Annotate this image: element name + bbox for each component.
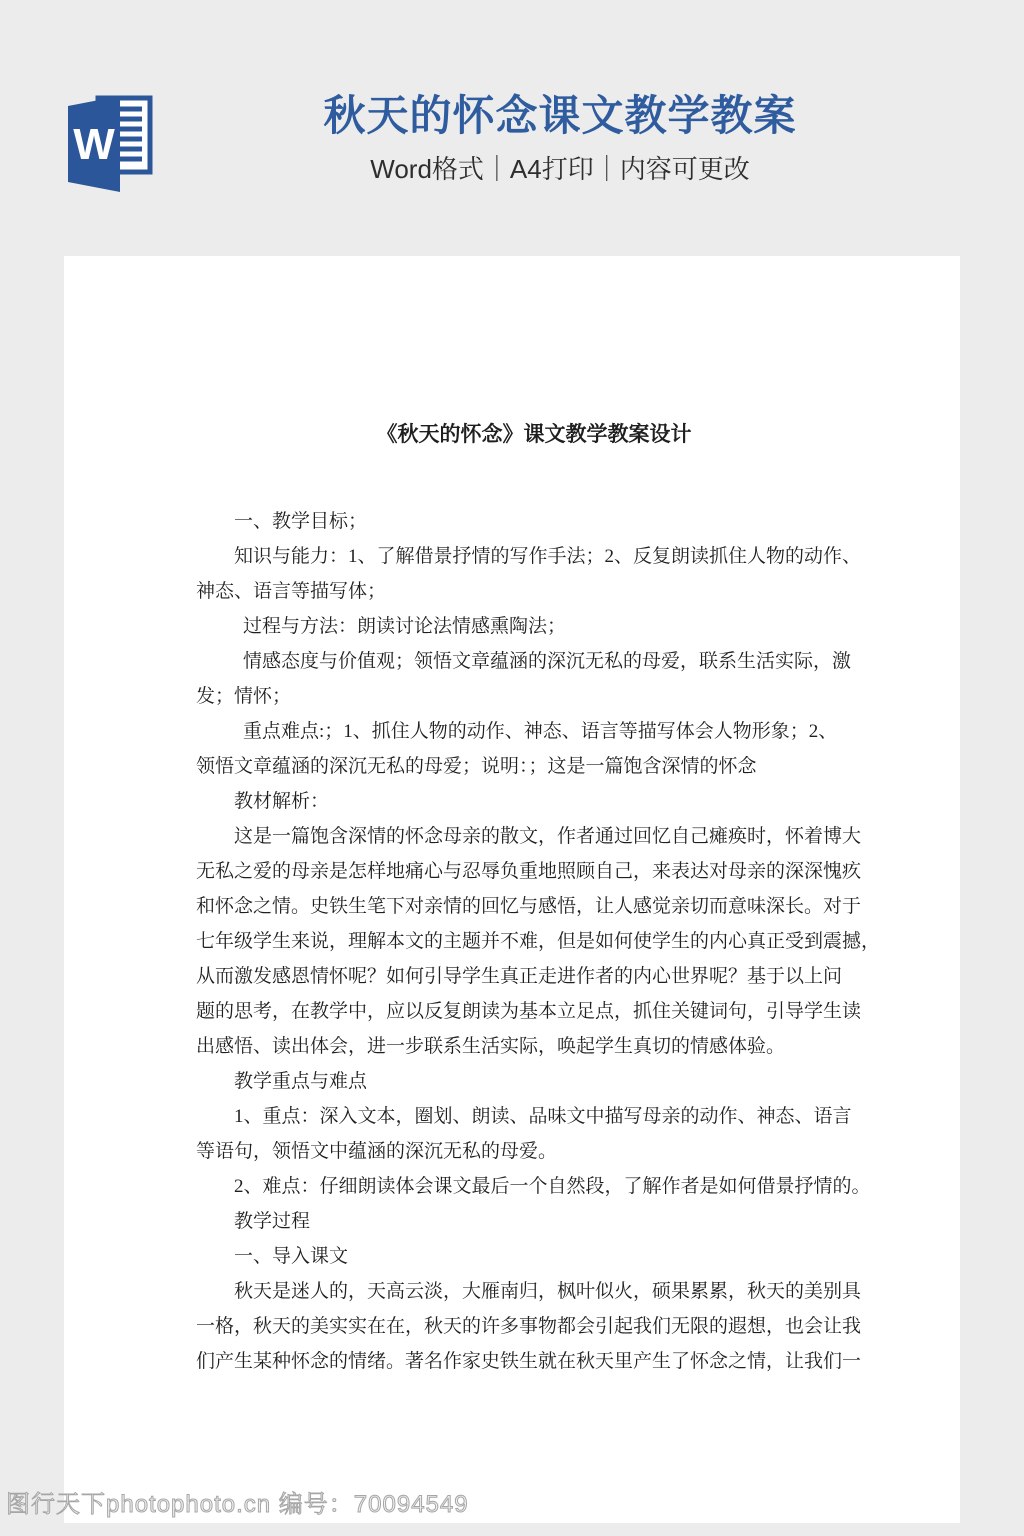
doc-line: 领悟文章蕴涵的深沉无私的母爱；说明：；这是一篇饱含深情的怀念 — [196, 749, 872, 784]
doc-line: 2、难点：仔细朗读体会课文最后一个自然段，了解作者是如何借景抒情的。 — [196, 1169, 872, 1204]
doc-line: 题的思考，在教学中，应以反复朗读为基本立足点，抓住关键词句，引导学生读 — [196, 994, 872, 1029]
doc-line: 这是一篇饱含深情的怀念母亲的散文，作者通过回忆自己瘫痪时，怀着博大 — [196, 819, 872, 854]
doc-line: 七年级学生来说，理解本文的主题并不难，但是如何使学生的内心真正受到震撼， — [196, 924, 872, 959]
doc-line: 神态、语言等描写体； — [196, 574, 872, 609]
doc-line: 重点难点:；1、抓住人物的动作、神态、语言等描写体会人物形象；2、 — [196, 714, 872, 749]
doc-line: 无私之爱的母亲是怎样地痛心与忍辱负重地照顾自己，来表达对母亲的深深愧疚 — [196, 854, 872, 889]
doc-line: 们产生某种怀念的情绪。著名作家史铁生就在秋天里产生了怀念之情，让我们一 — [196, 1344, 872, 1379]
site-watermark: 图行天下photophoto.cn 编号：70094549 — [6, 1488, 469, 1522]
doc-line: 教材解析： — [196, 784, 872, 819]
page-title: 秋天的怀念课文教学教案 — [96, 92, 1024, 140]
doc-line: 等语句，领悟文中蕴涵的深沉无私的母爱。 — [196, 1134, 872, 1169]
document-page: 《秋天的怀念》课文教学教案设计 一、教学目标；知识与能力：1、了解借景抒情的写作… — [64, 256, 960, 1523]
doc-line: 1、重点：深入文本，圈划、朗读、品味文中描写母亲的动作、神态、语言 — [196, 1099, 872, 1134]
header: 秋天的怀念课文教学教案 Word格式｜A4打印｜内容可更改 — [96, 92, 1024, 184]
doc-line: 一格，秋天的美实实在在，秋天的许多事物都会引起我们无限的遐想，也会让我 — [196, 1309, 872, 1344]
doc-line: 一、教学目标； — [196, 504, 872, 539]
doc-line: 出感悟、读出体会，进一步联系生活实际，唤起学生真切的情感体验。 — [196, 1029, 872, 1064]
doc-line: 秋天是迷人的，天高云淡，大雁南归，枫叶似火，硕果累累，秋天的美别具 — [196, 1274, 872, 1309]
page-subtitle: Word格式｜A4打印｜内容可更改 — [96, 154, 1024, 184]
doc-line: 教学重点与难点 — [196, 1064, 872, 1099]
document-title: 《秋天的怀念》课文教学教案设计 — [196, 414, 872, 454]
template-preview-page: { "colors": { "word_blue": "#2B579A", "t… — [0, 0, 1024, 1536]
doc-line: 一、导入课文 — [196, 1239, 872, 1274]
doc-line: 情感态度与价值观；领悟文章蕴涵的深沉无私的母爱，联系生活实际，激 — [196, 644, 872, 679]
document-body: 一、教学目标；知识与能力：1、了解借景抒情的写作手法；2、反复朗读抓住人物的动作… — [196, 504, 872, 1379]
doc-line: 发；情怀； — [196, 679, 872, 714]
doc-line: 知识与能力：1、了解借景抒情的写作手法；2、反复朗读抓住人物的动作、 — [196, 539, 872, 574]
doc-line: 教学过程 — [196, 1204, 872, 1239]
doc-line: 和怀念之情。史铁生笔下对亲情的回忆与感悟，让人感觉亲切而意味深长。对于 — [196, 889, 872, 924]
doc-line: 过程与方法：朗读讨论法情感熏陶法； — [196, 609, 872, 644]
doc-line: 从而激发感恩情怀呢？如何引导学生真正走进作者的内心世界呢？基于以上问 — [196, 959, 872, 994]
